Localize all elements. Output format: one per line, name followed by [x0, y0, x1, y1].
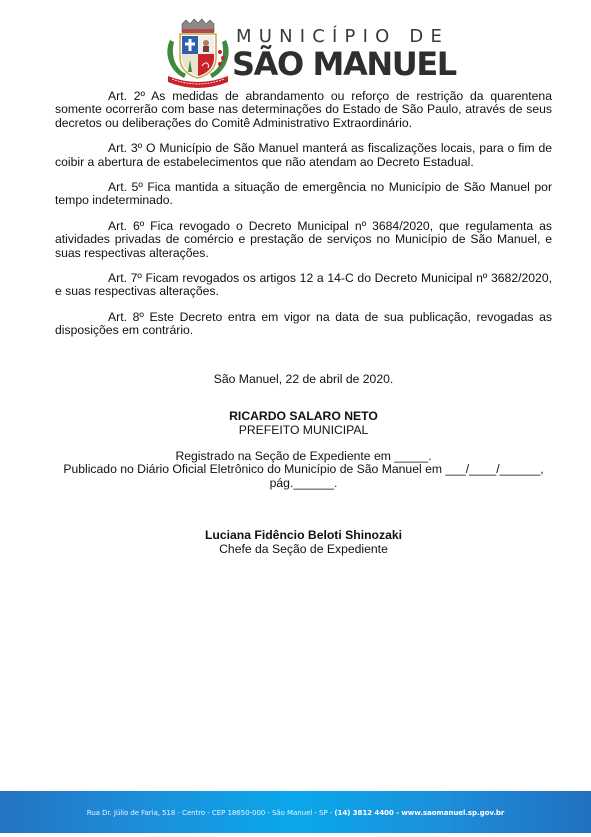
registry-block: Registrado na Seção de Expediente em ___…	[55, 450, 552, 490]
footer-bar: Rua Dr. Júlio de Faria, 518 - Centro - C…	[0, 791, 591, 833]
municipality-name: SÃO MANUEL	[232, 45, 456, 83]
article-6: Art. 6º Fica revogado o Decreto Municipa…	[55, 220, 552, 260]
letterhead: MUNICÍPIO DE SÃO MANUEL	[0, 0, 591, 90]
footer-phone: (14) 3812 4400	[334, 808, 393, 817]
footer-website: www.saomanuel.sp.gov.br	[401, 808, 504, 817]
municipality-label: MUNICÍPIO DE	[236, 26, 449, 47]
footer-address: Rua Dr. Júlio de Faria, 518 - Centro - C…	[87, 808, 335, 817]
mayor-signature: RICARDO SALARO NETO PREFEITO MUNICIPAL	[55, 410, 552, 437]
decree-body: Art. 2º As medidas de abrandamento ou re…	[55, 90, 552, 556]
page-line: pág.______.	[55, 477, 552, 490]
article-7: Art. 7º Ficam revogados os artigos 12 a …	[55, 272, 552, 299]
coat-of-arms-icon	[162, 18, 234, 90]
publication-line: Publicado no Diário Oficial Eletrônico d…	[55, 463, 552, 476]
mayor-title: PREFEITO MUNICIPAL	[55, 424, 552, 437]
article-8: Art. 8º Este Decreto entra em vigor na d…	[55, 311, 552, 338]
article-3: Art. 3º O Município de São Manuel manter…	[55, 142, 552, 169]
article-2: Art. 2º As medidas de abrandamento ou re…	[55, 90, 552, 130]
mayor-name: RICARDO SALARO NETO	[55, 410, 552, 423]
registry-line: Registrado na Seção de Expediente em ___…	[55, 450, 552, 463]
clerk-signature: Luciana Fidêncio Beloti Shinozaki Chefe …	[55, 529, 552, 556]
clerk-name: Luciana Fidêncio Beloti Shinozaki	[55, 529, 552, 542]
article-5: Art. 5º Fica mantida a situação de emerg…	[55, 181, 552, 208]
footer-contact: Rua Dr. Júlio de Faria, 518 - Centro - C…	[87, 808, 505, 817]
clerk-title: Chefe da Seção de Expediente	[55, 543, 552, 556]
date-line: São Manuel, 22 de abril de 2020.	[55, 373, 552, 386]
